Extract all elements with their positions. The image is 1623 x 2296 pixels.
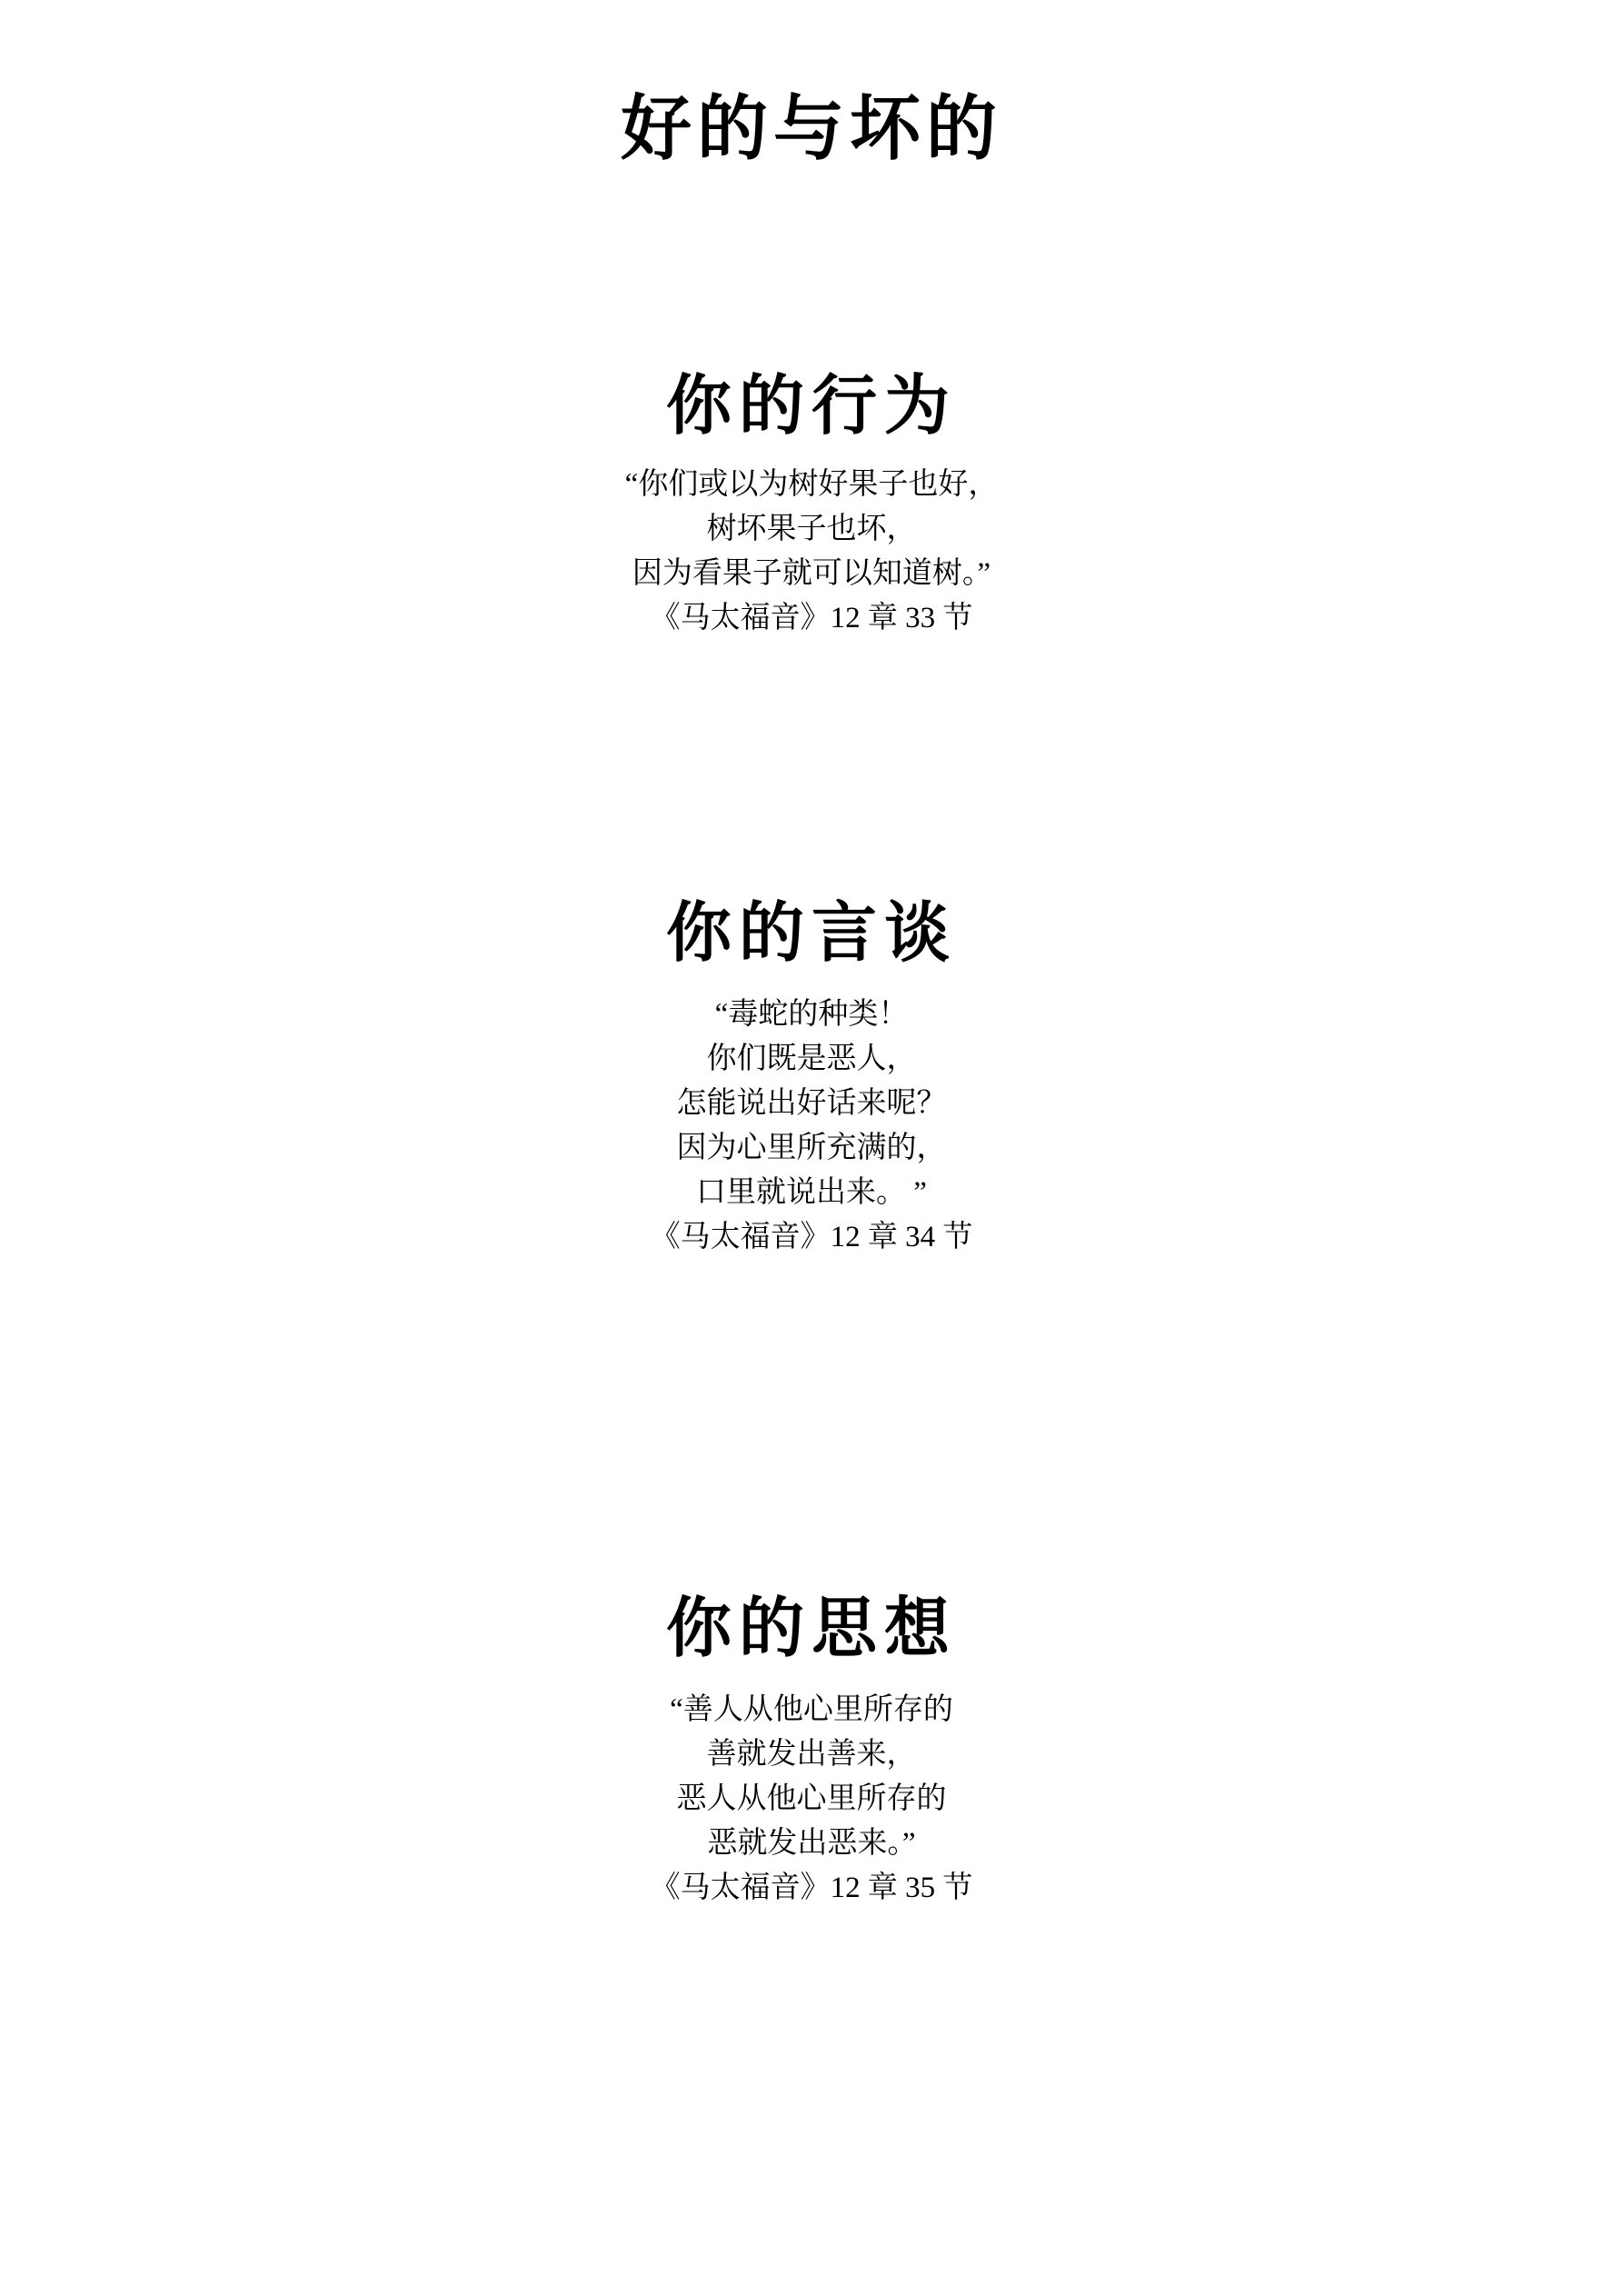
verse-block-actions: “你们或以为树好果子也好， 树坏果子也坏， 因为看果子就可以知道树。” 《马太福…	[0, 463, 1623, 641]
verse-line: 恶就发出恶来。”	[0, 1822, 1623, 1866]
verse-reference: 《马太福音》12 章 35 节	[0, 1866, 1623, 1911]
section-heading-actions: 你的行为	[0, 364, 1623, 446]
verse-block-speech: “毒蛇的种类！ 你们既是恶人， 怎能说出好话来呢？ 因为心里所充满的， 口里就说…	[0, 993, 1623, 1260]
verse-line: 树坏果子也坏，	[0, 507, 1623, 552]
verse-line: 怎能说出好话来呢？	[0, 1082, 1623, 1126]
verse-line: 因为心里所充满的，	[0, 1126, 1623, 1171]
verse-line: 口里就说出来。 ”	[0, 1171, 1623, 1215]
verse-reference: 《马太福音》12 章 33 节	[0, 596, 1623, 641]
verse-line: “善人从他心里所存的	[0, 1688, 1623, 1732]
page-title: 好的与坏的	[0, 84, 1623, 175]
verse-line: 恶人从他心里所存的	[0, 1777, 1623, 1822]
verse-reference: 《马太福音》12 章 34 节	[0, 1215, 1623, 1260]
verse-line: 善就发出善来，	[0, 1732, 1623, 1777]
document-page: 好的与坏的 你的行为 “你们或以为树好果子也好， 树坏果子也坏， 因为看果子就可…	[0, 0, 1623, 2296]
verse-line: 你们既是恶人，	[0, 1037, 1623, 1082]
verse-line: 因为看果子就可以知道树。”	[0, 552, 1623, 596]
verse-block-thoughts: “善人从他心里所存的 善就发出善来， 恶人从他心里所存的 恶就发出恶来。” 《马…	[0, 1688, 1623, 1911]
section-heading-thoughts: 你的思想	[0, 1587, 1623, 1669]
verse-line: “你们或以为树好果子也好，	[0, 463, 1623, 507]
verse-line: “毒蛇的种类！	[0, 993, 1623, 1037]
section-heading-speech: 你的言谈	[0, 892, 1623, 973]
